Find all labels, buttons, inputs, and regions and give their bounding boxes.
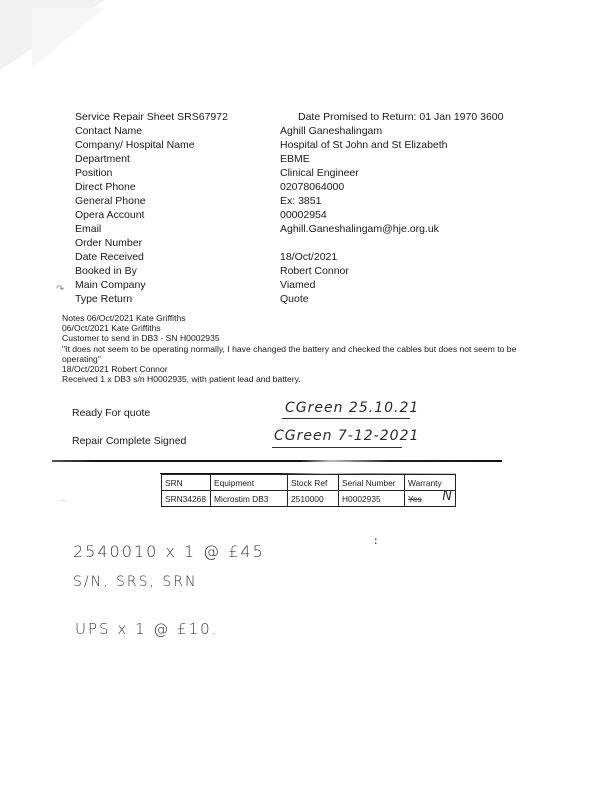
note-line: Customer to send in DB3 - SN H0002935 (62, 333, 602, 343)
field-label: General Phone (75, 194, 146, 208)
warranty-crossed-out: Yes (408, 494, 422, 504)
handwritten-note: 2540010 x 1 @ £45 (73, 542, 265, 561)
field-value: Clinical Engineer (280, 166, 359, 180)
note-line: operating" (62, 354, 602, 364)
field-value: Aghill Ganeshalingam (280, 124, 382, 138)
field-label: Contact Name (75, 124, 142, 138)
field-value: 00002954 (280, 208, 327, 222)
note-line: "It does not seem to be operating normal… (62, 344, 602, 354)
field-label: Booked in By (75, 264, 137, 278)
date-promised: Date Promised to Return: 01 Jan 1970 360… (298, 110, 503, 124)
scan-mark-arrow-icon: ↷ (56, 284, 64, 295)
field-value: Robert Connor (280, 264, 349, 278)
handwritten-note: S/N, SRS, SRN (73, 574, 197, 590)
field-value: Quote (280, 292, 309, 306)
header-stock-ref: Stock Ref (288, 475, 339, 491)
cell-equipment: Microstim DB3 (211, 491, 288, 507)
cell-stock-ref: 2510000 (288, 491, 339, 507)
signature-underline (272, 447, 402, 448)
cell-serial: H0002935 (339, 491, 405, 507)
note-line: Received 1 x DB3 s/n H0002935, with pati… (62, 374, 602, 384)
field-value: 18/Oct/2021 (280, 250, 337, 264)
scan-mark-dot-icon: : (374, 536, 377, 547)
field-label: Date Received (75, 250, 144, 264)
field-value: Viamed (280, 278, 315, 292)
equipment-table: SRN Equipment Stock Ref Serial Number Wa… (161, 474, 456, 507)
scan-folded-corner-shade (32, 8, 104, 68)
field-label: Main Company (75, 278, 146, 292)
header-equipment: Equipment (211, 475, 288, 491)
header-serial-number: Serial Number (339, 475, 405, 491)
cell-srn: SRN34268 (162, 491, 211, 507)
field-label: Opera Account (75, 208, 144, 222)
field-label: Direct Phone (75, 180, 136, 194)
scan-mark-scribble-icon: ⌒ (58, 498, 67, 511)
field-label: Type Return (75, 292, 132, 306)
note-line: Notes 06/Oct/2021 Kate Griffiths (62, 313, 602, 323)
notes-section: Notes 06/Oct/2021 Kate Griffiths 06/Oct/… (62, 313, 602, 384)
repair-complete-signature: CGreen 7-12-2021 (274, 428, 419, 444)
field-value: Ex: 3851 (280, 194, 321, 208)
field-label: Email (75, 222, 101, 236)
handwritten-note: UPS x 1 @ £10. (75, 620, 218, 638)
sheet-title: Service Repair Sheet SRS67972 (75, 110, 228, 124)
field-value: Aghill.Ganeshalingam@hje.org.uk (280, 222, 439, 236)
ready-for-quote-signature: CGreen 25.10.21 (285, 400, 419, 416)
cell-warranty: Yes N (405, 491, 456, 507)
field-label: Order Number (75, 236, 142, 250)
table-row: SRN34268 Microstim DB3 2510000 H0002935 … (162, 491, 456, 507)
table-header-row: SRN Equipment Stock Ref Serial Number Wa… (162, 475, 456, 491)
signature-underline (282, 418, 410, 419)
field-value: 02078064000 (280, 180, 344, 194)
ready-for-quote-label: Ready For quote (72, 407, 150, 419)
field-value: Hospital of St John and St Elizabeth (280, 138, 448, 152)
field-label: Position (75, 166, 112, 180)
field-value: EBME (280, 152, 310, 166)
repair-complete-label: Repair Complete Signed (72, 435, 186, 447)
warranty-handwritten: N (442, 489, 452, 504)
field-label: Company/ Hospital Name (75, 138, 195, 152)
note-line: 18/Oct/2021 Robert Connor (62, 364, 602, 374)
header-srn: SRN (162, 475, 211, 491)
field-label: Department (75, 152, 130, 166)
section-divider (52, 460, 502, 462)
note-line: 06/Oct/2021 Kate Griffiths (62, 323, 602, 333)
